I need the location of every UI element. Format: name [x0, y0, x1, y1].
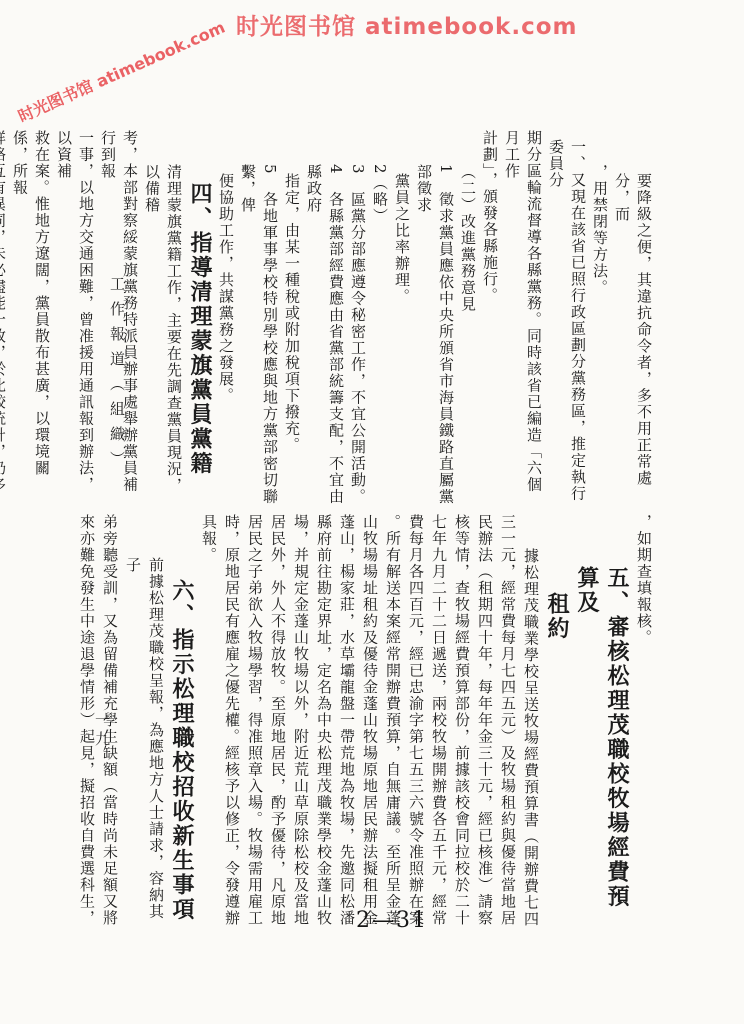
text-column: 一事，以地方交通困難，曾准援用通訊報到辦法，以資補: [53, 130, 97, 506]
text-column: 救在案。惟地方遼闊，黨員散布甚廣，以環境關係，所報: [9, 130, 53, 506]
watermark-diagonal: 时光图书馆 atimebook.com: [14, 15, 228, 127]
text-column: 三一元，經常費每月七四五元）及牧場租約與優待當地居: [496, 514, 519, 932]
text-column: 清理蒙旗黨籍工作，主要在先調查黨員現況，以備稽: [141, 130, 185, 506]
section-heading: 四、指導清理蒙旗黨員黨籍: [185, 130, 215, 506]
text-column: 居民外，外人不得放牧。至原地居民，酌予優待，凡原地: [266, 514, 289, 932]
text-column: 據松理茂職業學校呈送牧場經費預算書（開辦費七四: [519, 514, 542, 932]
text-column: 具報。: [197, 514, 220, 932]
text-column: 期分區輪流督導各縣黨務。同時該省已編造「六個月工作: [501, 130, 545, 506]
section-heading: 六、指示松理職校招收新生事項: [167, 514, 197, 932]
text-column: 詳略互有異同，未必盡能一致，於比較統計，仍多未便，: [0, 130, 9, 506]
watermark-top: 时光图书馆 atimebook.com: [236, 8, 577, 41]
text-column: 黨員之比率辦理。: [391, 130, 413, 506]
text-column: （二）改進黨務意見: [457, 130, 479, 506]
text-column: 便協助工作，共謀黨務之發展。: [215, 130, 237, 506]
text-column: 計劃」，頒發各縣施行。: [479, 130, 501, 506]
text-column: 七年九月二十二日遞送，兩校牧場開辦費各五千元，經常: [427, 514, 450, 932]
text-column: 3 區黨分部應遵令秘密工作，不宜公開活動。: [347, 130, 369, 506]
text-column: 費每月各四百元，經已忠渝字第七五三六號令准照辦在案: [404, 514, 427, 932]
text-column: 。所有解送本案經常開辦費預算，自無庸議。至所呈金蓬: [381, 514, 404, 932]
text-column: 核等情，查牧場經費預算部份，前據該校會同拉校於二十: [450, 514, 473, 932]
text-column: ，如期查填報核。: [632, 514, 655, 932]
section-heading: 租約: [542, 514, 572, 932]
upper-text-block: 要降級之便，其違抗命令者，多不用正常處分，而，用禁閉等方法。一、又現在該省已照行…: [0, 130, 655, 506]
text-column: 場，并規定金蓬山牧場以外，附近荒山草原除松校及當地: [289, 514, 312, 932]
text-column: 前據松理茂職校呈報，為應地方人士請求，容納其子: [121, 514, 167, 932]
text-column: 指定，由某一種稅或附加稅項下撥充。: [281, 130, 303, 506]
page-number: 2—31: [356, 908, 428, 933]
text-column: 5 各地軍事學校特別學校應與地方黨部密切聯繫，俾: [237, 130, 281, 506]
text-column: ，用禁閉等方法。: [589, 130, 611, 506]
text-column: 2（略）: [369, 130, 391, 506]
text-column: 山牧場場址租約及優待金蓬山牧場原地居民辦法擬租用金: [358, 514, 381, 932]
text-column: 民辦法（租期四十年，每年年金三十元，經已核准）請察: [473, 514, 496, 932]
margin-section-label: 工作報道（組織）: [107, 276, 128, 476]
text-column: 一、又現在該省已照行政區劃分黨務區，推定執行委員分: [545, 130, 589, 506]
text-column: 時，原地居民有應雇之優先權。經核予以修正，令發遵辦: [220, 514, 243, 932]
folio-number: 一九: [92, 712, 113, 750]
text-column: 縣府前往勘定界址，定名為中央松理茂職業學校金蓬山牧: [312, 514, 335, 932]
text-column: 要降級之便，其違抗命令者，多不用正常處分，而: [611, 130, 655, 506]
text-column: 4 各縣黨部經費應由省黨部統籌支配，不宜由縣政府: [303, 130, 347, 506]
text-column: 居民之子弟欲入牧場學習，得准照章入場。牧場需用雇工: [243, 514, 266, 932]
text-column: 蓬山，楊家莊，水草壩龍盤一帶荒地為牧場，先邀同松潘: [335, 514, 358, 932]
lower-text-block: ，如期查填報核。五、審核松理茂職校牧場經費預算及租約據松理茂職業學校呈送牧場經費…: [75, 514, 655, 932]
section-heading: 五、審核松理茂職校牧場經費預算及: [572, 514, 632, 932]
text-column: 1 徵求黨員應依中央所頒省市海員鐵路直屬黨部徵求: [413, 130, 457, 506]
